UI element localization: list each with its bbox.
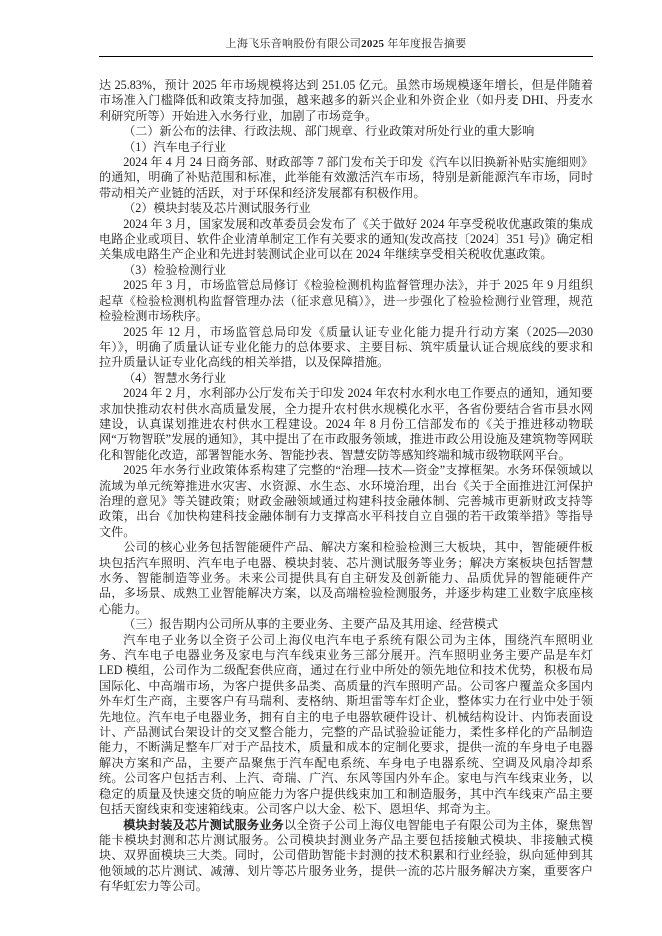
paragraph: 达 25.83%，预计 2025 年市场规模将达到 251.05 亿元。虽然市场…	[99, 78, 593, 124]
paragraph: 2024 年 3 月，国家发展和改革委员会发布了《关于做好 2024 年享受税收…	[99, 217, 593, 263]
paragraph: 2024 年 2 月，水利部办公厅发布关于印发 2024 年农村水利水电工作要点…	[99, 386, 593, 463]
paragraph: （1）汽车电子行业	[99, 140, 593, 155]
paragraph: 2025 年水务行业政策体系构建了完整的“治理—技术—资金”支撑框架。水务环保领…	[99, 463, 593, 540]
paragraph: 2025 年 3 月，市场监管总局修订《检验检测机构监督管理办法》，并于 202…	[99, 278, 593, 324]
paragraph: 2025 年 12 月，市场监管总局印发《质量认证专业化能力提升行动方案（202…	[99, 325, 593, 371]
paragraph: 公司的核心业务包括智能硬件产品、解决方案和检验检测三大板块，其中，智能硬件板块包…	[99, 540, 593, 617]
paragraph-bold-lead: 模块封装及芯片测试服务业务	[123, 818, 284, 832]
header-title-suffix: 年年度报告摘要	[384, 38, 466, 50]
header-divider	[99, 56, 593, 57]
document-body: 达 25.83%，预计 2025 年市场规模将达到 251.05 亿元。虽然市场…	[99, 78, 593, 895]
paragraph: 模块封装及芯片测试服务业务以全资子公司上海仪电智能电子有限公司为主体，聚焦智能卡…	[99, 818, 593, 895]
paragraph: （三）报告期内公司所从事的主要业务、主要产品及其用途、经营模式	[99, 617, 593, 632]
page-header: 上海飞乐音响股份有限公司2025 年年度报告摘要	[99, 37, 593, 51]
paragraph: （3）检验检测行业	[99, 263, 593, 278]
paragraph: （二）新公布的法律、行政法规、部门规章、行业政策对所处行业的重大影响	[99, 124, 593, 139]
header-title: 上海飞乐音响股份有限公司2025 年年度报告摘要	[226, 38, 467, 50]
report-page: 上海飞乐音响股份有限公司2025 年年度报告摘要 达 25.83%，预计 202…	[0, 0, 662, 936]
header-title-year: 2025	[361, 38, 384, 50]
paragraph: 2024 年 4 月 24 日商务部、财政部等 7 部门发布关于印发《汽车以旧换…	[99, 155, 593, 201]
header-title-company: 上海飞乐音响股份有限公司	[226, 38, 362, 50]
paragraph: （2）模块封装及芯片测试服务行业	[99, 201, 593, 216]
paragraph: （4）智慧水务行业	[99, 371, 593, 386]
paragraph: 汽车电子业务以全资子公司上海仪电汽车电子系统有限公司为主体，围绕汽车照明业务、汽…	[99, 633, 593, 818]
